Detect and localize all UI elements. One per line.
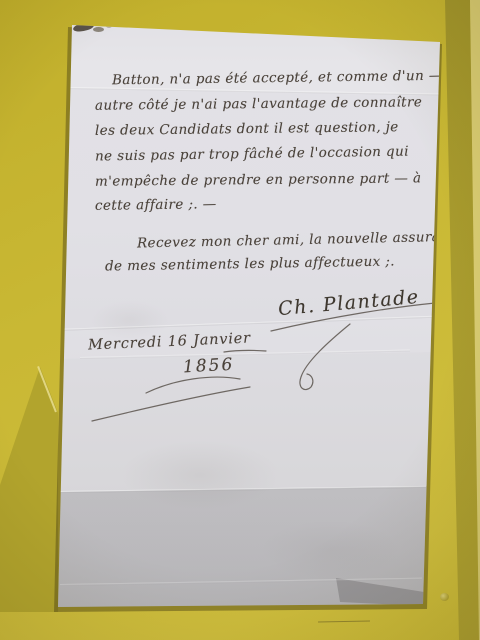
photo-vignette — [0, 0, 480, 640]
photo-of-letter: Batton, n'a pas été accepté, et comme d'… — [0, 0, 480, 640]
